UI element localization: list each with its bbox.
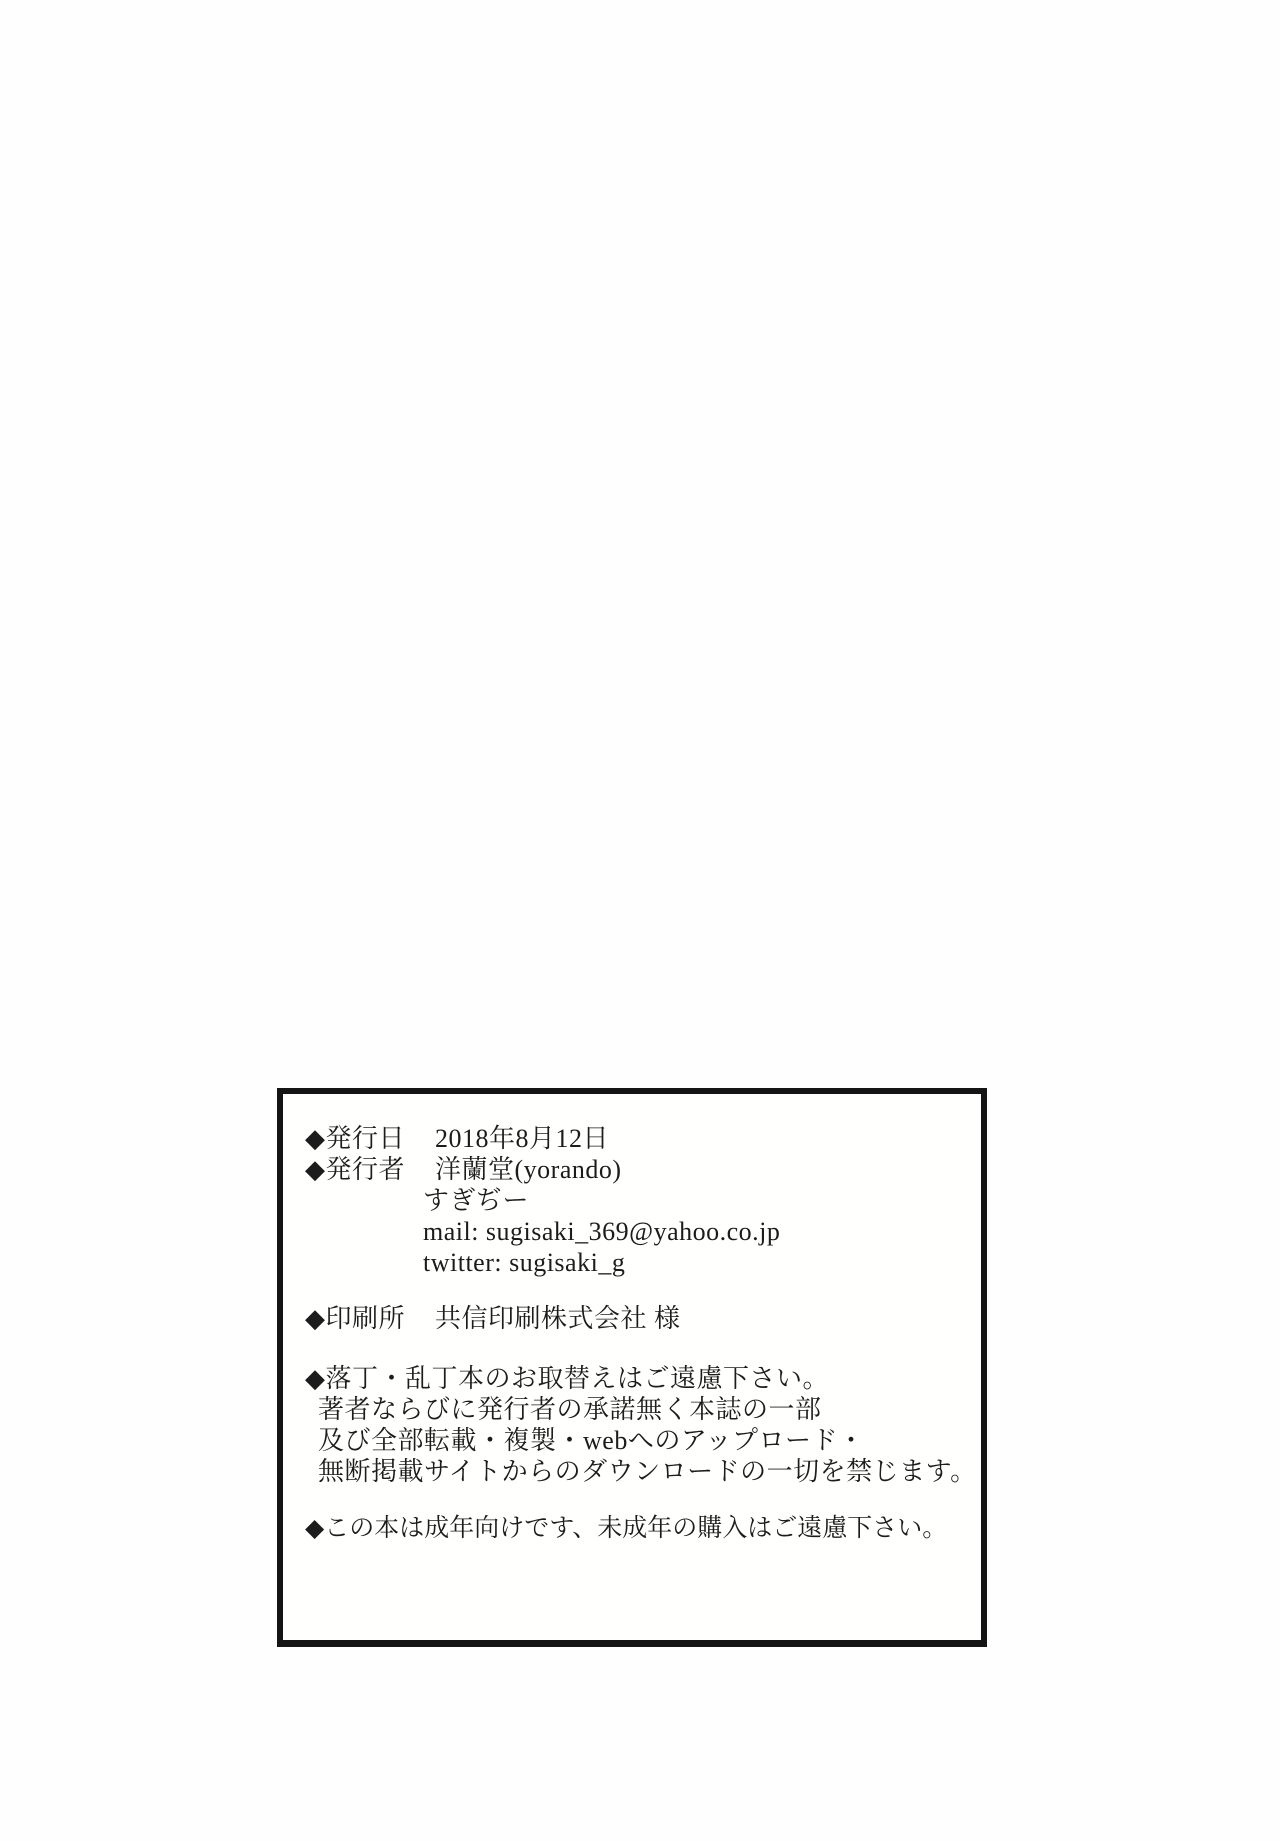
publish-date-row: ◆発行日 2018年8月12日 bbox=[305, 1123, 967, 1154]
printer-row: ◆印刷所 共信印刷株式会社 様 bbox=[305, 1303, 967, 1334]
reprint-disclaimer: ◆落丁・乱丁本のお取替えはご遠慮下さい。 著者ならびに発行者の承諾無く本誌の一部… bbox=[305, 1363, 967, 1487]
scanned-colophon-page: ◆発行日 2018年8月12日 ◆発行者 洋蘭堂(yorando) すぎぢー m… bbox=[0, 0, 1280, 1841]
printer-value: 共信印刷株式会社 様 bbox=[435, 1303, 681, 1334]
printer-label: ◆印刷所 bbox=[305, 1303, 435, 1334]
colophon-box: ◆発行日 2018年8月12日 ◆発行者 洋蘭堂(yorando) すぎぢー m… bbox=[277, 1088, 987, 1647]
disclaimer-line-3: 及び全部転載・複製・webへのアップロード・ bbox=[318, 1425, 967, 1456]
publisher-details: すぎぢー mail: sugisaki_369@yahoo.co.jp twit… bbox=[305, 1185, 967, 1278]
publish-date-value: 2018年8月12日 bbox=[435, 1123, 609, 1154]
disclaimer-line-1: ◆落丁・乱丁本のお取替えはご遠慮下さい。 bbox=[305, 1363, 967, 1394]
disclaimer-line-4: 無断掲載サイトからのダウンロードの一切を禁じます。 bbox=[318, 1456, 967, 1487]
colophon-content: ◆発行日 2018年8月12日 ◆発行者 洋蘭堂(yorando) すぎぢー m… bbox=[283, 1094, 981, 1544]
disclaimer-line-2: 著者ならびに発行者の承諾無く本誌の一部 bbox=[318, 1394, 967, 1425]
publish-date-label: ◆発行日 bbox=[305, 1123, 435, 1154]
contact-mail: mail: sugisaki_369@yahoo.co.jp bbox=[423, 1216, 967, 1247]
publisher-row: ◆発行者 洋蘭堂(yorando) bbox=[305, 1154, 967, 1185]
adult-content-notice: ◆この本は成年向けです、未成年の購入はご遠慮下さい。 bbox=[305, 1513, 967, 1544]
publisher-value: 洋蘭堂(yorando) bbox=[435, 1154, 622, 1185]
contact-twitter: twitter: sugisaki_g bbox=[423, 1247, 967, 1278]
author-name: すぎぢー bbox=[423, 1185, 967, 1216]
publisher-label: ◆発行者 bbox=[305, 1154, 435, 1185]
